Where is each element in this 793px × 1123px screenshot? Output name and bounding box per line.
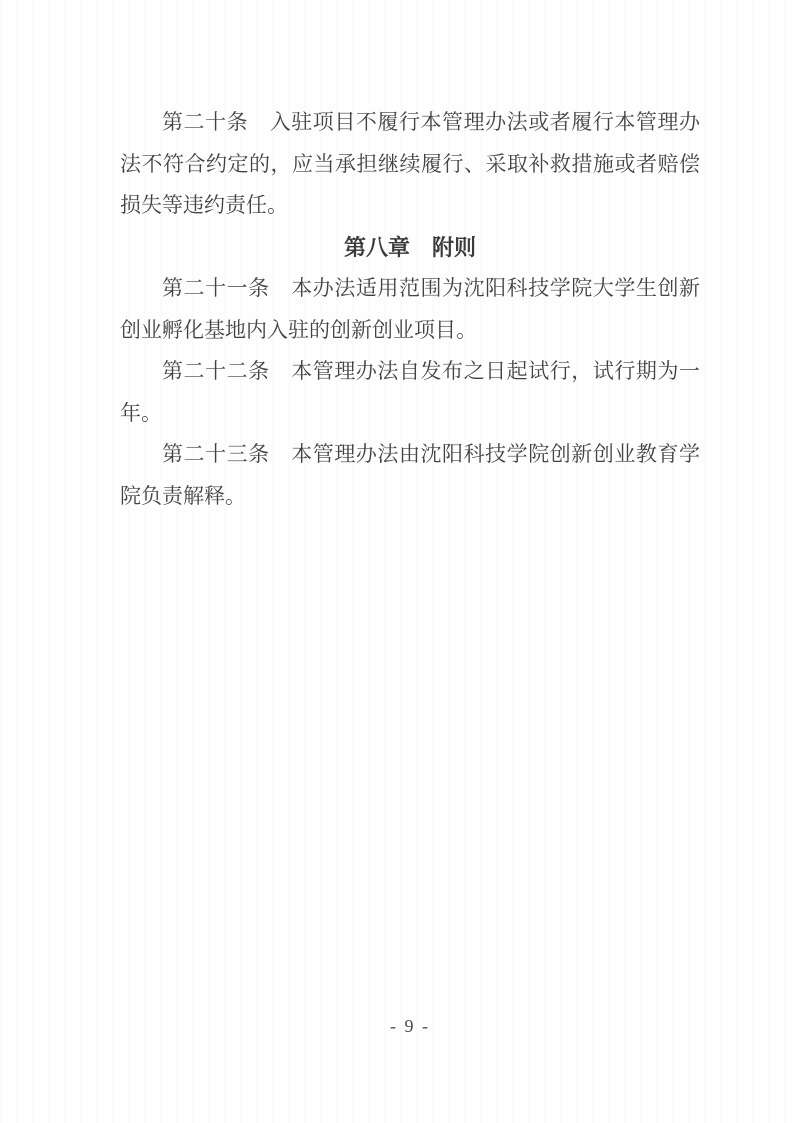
document-body: 第二十条 入驻项目不履行本管理办法或者履行本管理办 法不符合约定的，应当承担继续… xyxy=(120,102,700,517)
page-number: - 9 - xyxy=(0,1016,793,1037)
article-22-line-1: 第二十二条 本管理办法自发布之日起试行，试行期为一 xyxy=(120,351,700,393)
chapter-heading: 第八章 附则 xyxy=(120,227,700,269)
article-20-line-1: 第二十条 入驻项目不履行本管理办法或者履行本管理办 xyxy=(120,102,700,144)
article-20-line-2: 法不符合约定的，应当承担继续履行、采取补救措施或者赔偿 xyxy=(120,144,700,186)
article-23-line-2: 院负责解释。 xyxy=(120,476,700,518)
article-21-line-1: 第二十一条 本办法适用范围为沈阳科技学院大学生创新 xyxy=(120,268,700,310)
article-23-line-1: 第二十三条 本管理办法由沈阳科技学院创新创业教育学 xyxy=(120,434,700,476)
article-21-line-2: 创业孵化基地内入驻的创新创业项目。 xyxy=(120,310,700,352)
article-20-line-3: 损失等违约责任。 xyxy=(120,185,700,227)
article-22-line-2: 年。 xyxy=(120,393,700,435)
